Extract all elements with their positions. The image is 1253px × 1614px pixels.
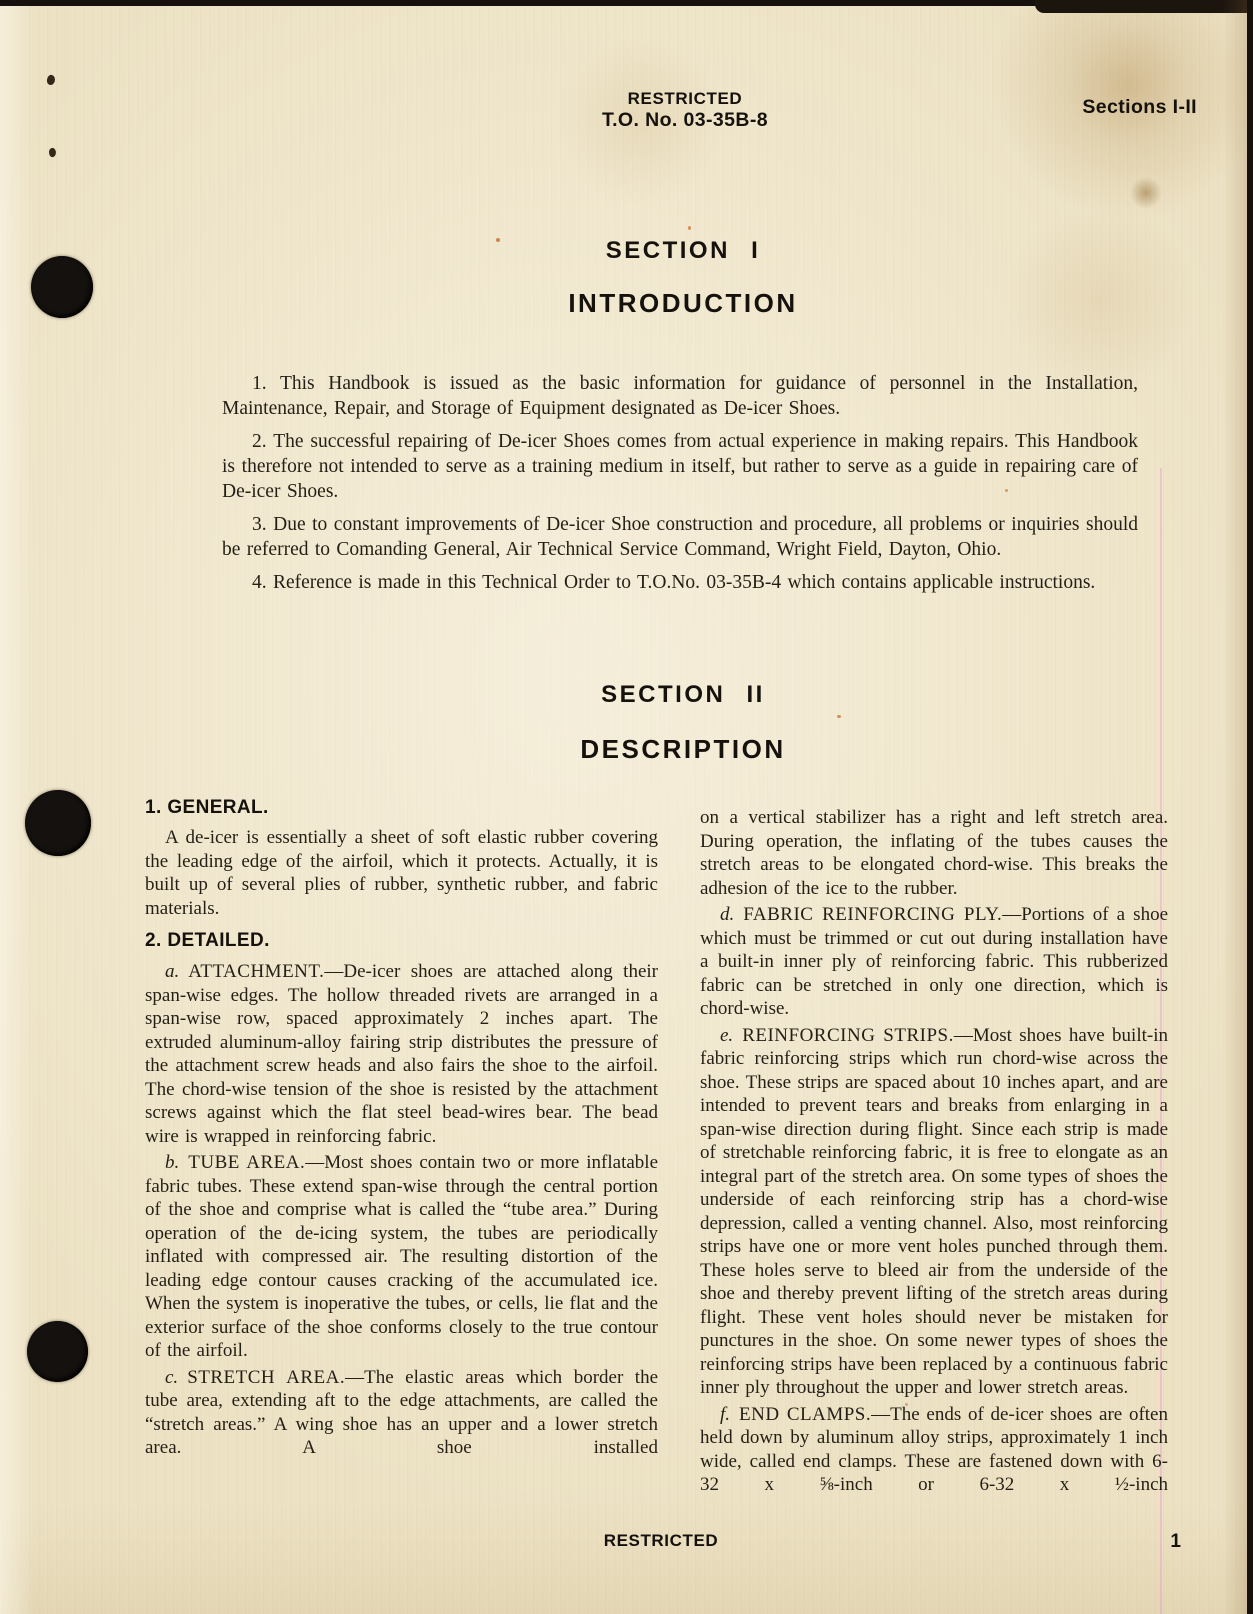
subsection-d-letter: d. (720, 904, 734, 925)
subsection-a-title: ATTACHMENT. (188, 961, 324, 982)
subsection-f-letter: f. (720, 1404, 730, 1425)
subsection-c: c.STRETCH AREA.—The elastic areas which … (145, 1366, 658, 1460)
subsection-d-title: FABRIC REINFORCING PLY. (743, 904, 1002, 925)
intro-paragraph-2: 2. The successful repairing of De-icer S… (222, 429, 1138, 504)
paper-speck (688, 226, 691, 230)
subsection-c-letter: c. (165, 1367, 178, 1388)
header-restricted-label: RESTRICTED (602, 88, 768, 109)
page-number: 1 (1170, 1531, 1181, 1553)
general-paragraph: A de-icer is essentially a sheet of soft… (145, 826, 658, 920)
subsection-c-title: STRETCH AREA. (187, 1367, 345, 1388)
subsection-a: a.ATTACHMENT.—De-icer shoes are attached… (145, 960, 658, 1148)
scan-edge-right (1247, 0, 1253, 1614)
paper-speck (837, 715, 841, 718)
subsection-b-letter: b. (165, 1152, 179, 1173)
continuation-paragraph: on a vertical stabilizer has a right and… (700, 806, 1168, 900)
subsection-e-text: —Most shoes have built-in fabric reinfor… (700, 1025, 1168, 1399)
subsection-e: e.REINFORCING STRIPS.—Most shoes have bu… (700, 1024, 1168, 1400)
section1-title: SECTION I (606, 237, 761, 265)
section1-subtitle: INTRODUCTION (568, 288, 797, 319)
paper-speck (496, 238, 500, 242)
section2-title: SECTION II (601, 681, 765, 709)
scan-edge-top-right (1035, 0, 1253, 13)
intro-paragraph-3: 3. Due to constant improvements of De-ic… (222, 512, 1138, 562)
subsection-a-letter: a. (165, 961, 179, 982)
hole-punch-mark (25, 790, 91, 856)
header-to-number: T.O. No. 03-35B-8 (602, 109, 768, 132)
scan-edge-shade (1223, 0, 1247, 1614)
right-column: on a vertical stabilizer has a right and… (700, 806, 1168, 1500)
document-page: RESTRICTED T.O. No. 03-35B-8 Sections I-… (0, 0, 1253, 1614)
page-header: RESTRICTED T.O. No. 03-35B-8 (602, 88, 768, 132)
hole-punch-mark (31, 256, 93, 318)
subsection-e-title: REINFORCING STRIPS. (742, 1025, 954, 1046)
introduction-text: 1. This Handbook is issued as the basic … (222, 371, 1138, 603)
general-heading: 1. GENERAL. (145, 797, 658, 819)
subsection-e-letter: e. (720, 1025, 733, 1046)
subsection-b: b.TUBE AREA.—Most shoes contain two or m… (145, 1151, 658, 1363)
subsection-f: f.END CLAMPS.—The ends of de-icer shoes … (700, 1403, 1168, 1497)
ink-smudge (48, 147, 57, 157)
header-sections-label: Sections I-II (1082, 96, 1197, 119)
intro-paragraph-1: 1. This Handbook is issued as the basic … (222, 371, 1138, 421)
subsection-f-title: END CLAMPS. (739, 1404, 871, 1425)
footer-restricted-label: RESTRICTED (604, 1531, 719, 1551)
subsection-a-text: —De-icer shoes are attached along their … (145, 961, 658, 1147)
left-column: 1. GENERAL. A de-icer is essentially a s… (145, 797, 658, 1463)
hole-punch-mark (27, 1321, 88, 1382)
section2-subtitle: DESCRIPTION (580, 734, 785, 765)
intro-paragraph-4: 4. Reference is made in this Technical O… (222, 570, 1138, 595)
ink-smudge (46, 74, 57, 86)
subsection-d: d.FABRIC REINFORCING PLY.—Portions of a … (700, 903, 1168, 1021)
detailed-heading: 2. DETAILED. (145, 930, 658, 952)
subsection-b-title: TUBE AREA. (188, 1152, 305, 1173)
subsection-b-text: —Most shoes contain two or more inflatab… (145, 1152, 658, 1361)
